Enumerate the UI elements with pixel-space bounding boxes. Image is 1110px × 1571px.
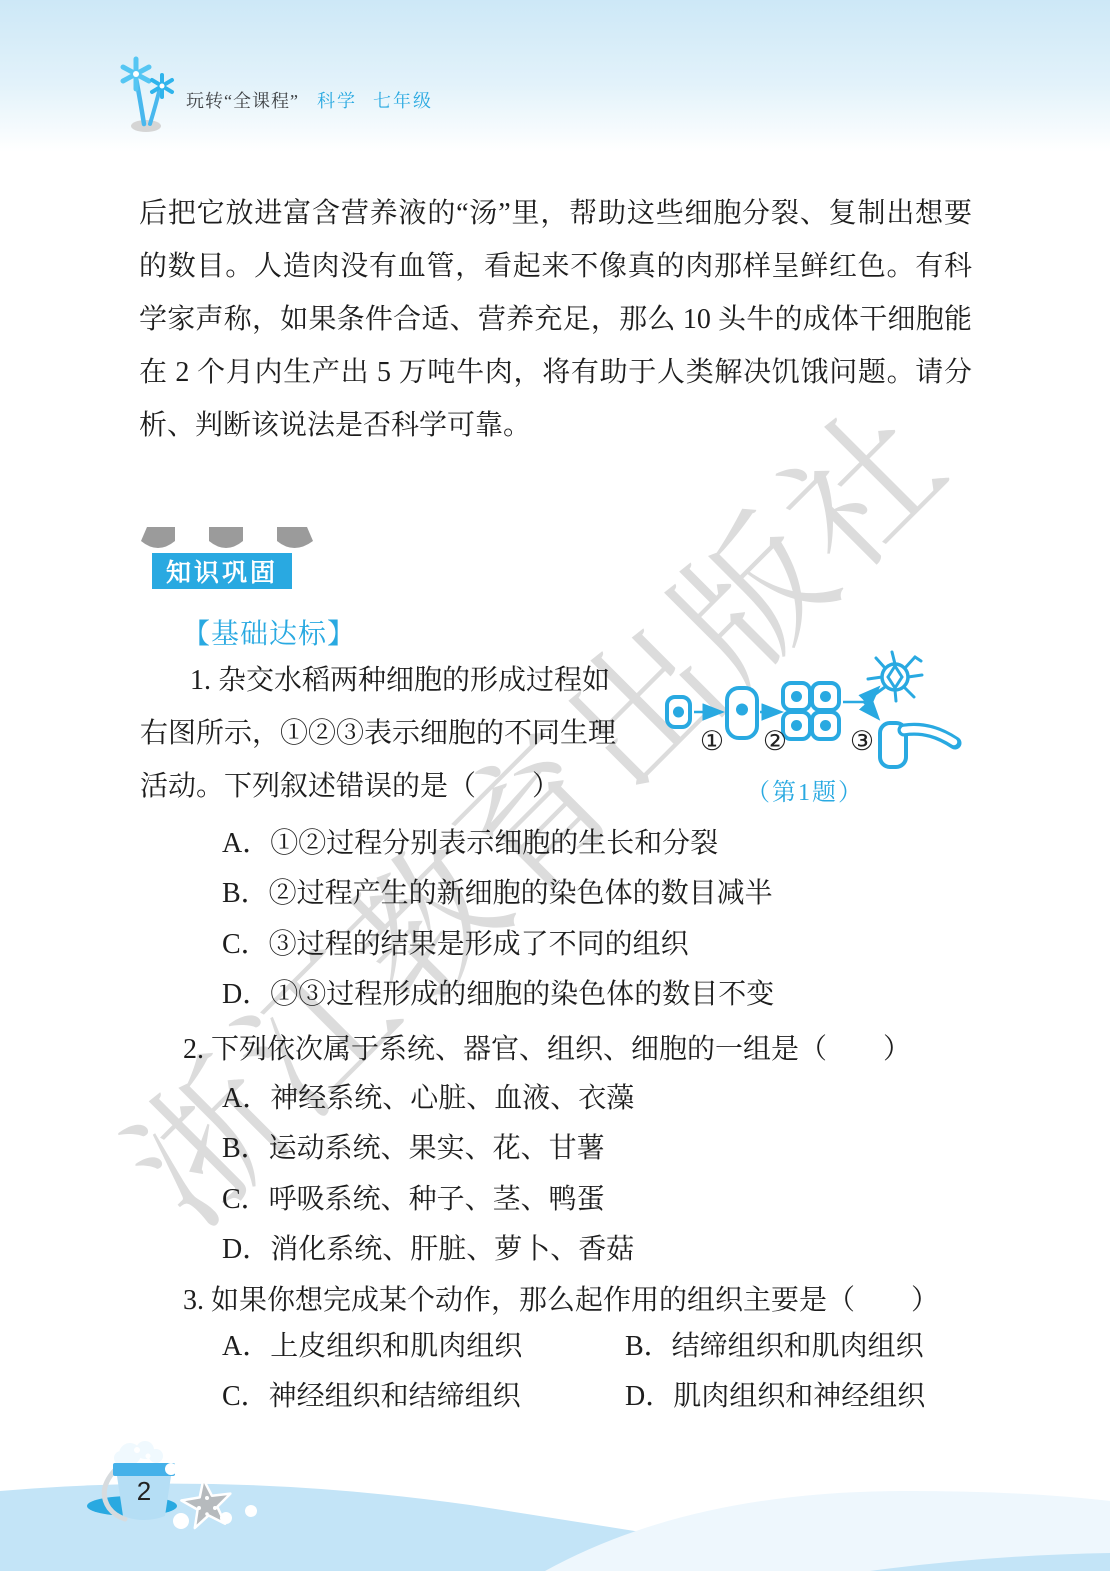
question-3-option-b: B．结缔组织和肌肉组织 bbox=[625, 1322, 925, 1372]
section-badge-label: 知识巩固 bbox=[166, 553, 278, 589]
question-1-option-d: D．①③过程形成的细胞的染色体的数目不变 bbox=[222, 970, 774, 1020]
page-number: 2 bbox=[137, 1476, 151, 1506]
figure-step-2-label: ② bbox=[760, 726, 790, 757]
subsection-title: 【基础达标】 bbox=[182, 612, 356, 652]
question-2-option-d: D．消化系统、肝脏、萝卜、香菇 bbox=[222, 1225, 634, 1275]
question-2-option-c: C．呼吸系统、种子、茎、鸭蛋 bbox=[222, 1175, 634, 1225]
brand-title: 玩转“全课程” bbox=[186, 87, 299, 113]
question-3-options: A．上皮组织和肌肉组织 B．结缔组织和肌肉组织 C．神经组织和结缔组织 D．肌肉… bbox=[222, 1322, 925, 1423]
question-3-stem: 3. 如果你想完成某个动作，那么起作用的组织主要是（ ） bbox=[183, 1284, 939, 1318]
brand-logo-icon bbox=[116, 54, 180, 139]
question-1-option-b: B．②过程产生的新细胞的染色体的数目减半 bbox=[222, 869, 774, 919]
subject-label: 科学 bbox=[317, 87, 357, 113]
textbook-page: 浙江教育出版社 bbox=[0, 0, 1110, 1571]
figure-step-3-label: ③ bbox=[847, 726, 877, 757]
section-badge: 知识巩固 bbox=[152, 553, 292, 589]
bucket-page-icon: 2 bbox=[85, 1438, 265, 1543]
cell-diagram bbox=[652, 645, 992, 785]
grade-label: 七年级 bbox=[373, 87, 433, 113]
question-1-option-c: C．③过程的结果是形成了不同的组织 bbox=[222, 920, 774, 970]
figure-step-1-label: ① bbox=[697, 726, 727, 757]
page-header: 玩转“全课程” 科学 七年级 bbox=[186, 88, 433, 112]
question-3-option-a: A．上皮组织和肌肉组织 bbox=[222, 1322, 625, 1372]
question-1-option-a: A．①②过程分别表示细胞的生长和分裂 bbox=[222, 819, 774, 869]
question-3-option-d: D．肌肉组织和神经组织 bbox=[625, 1372, 925, 1422]
question-3-option-c: C．神经组织和结缔组织 bbox=[222, 1372, 625, 1422]
question-1-stem: 1. 杂交水稻两种细胞的形成过程如右图所示，①②③表示细胞的不同生理活动。下列叙… bbox=[140, 654, 620, 813]
question-2-options: A．神经系统、心脏、血液、衣藻 B．运动系统、果实、花、甘薯 C．呼吸系统、种子… bbox=[222, 1074, 634, 1276]
figure-caption: （第1题） bbox=[746, 772, 864, 807]
question-2-stem: 2. 下列依次属于系统、器官、组织、细胞的一组是（ ） bbox=[183, 1033, 911, 1067]
question-2-option-b: B．运动系统、果实、花、甘薯 bbox=[222, 1124, 634, 1174]
question-1-options: A．①②过程分别表示细胞的生长和分裂 B．②过程产生的新细胞的染色体的数目减半 … bbox=[222, 819, 774, 1021]
question-2-option-a: A．神经系统、心脏、血液、衣藻 bbox=[222, 1074, 634, 1124]
intro-paragraph: 后把它放进富含营养液的“汤”里，帮助这些细胞分裂、复制出想要的数目。人造肉没有血… bbox=[139, 187, 972, 452]
